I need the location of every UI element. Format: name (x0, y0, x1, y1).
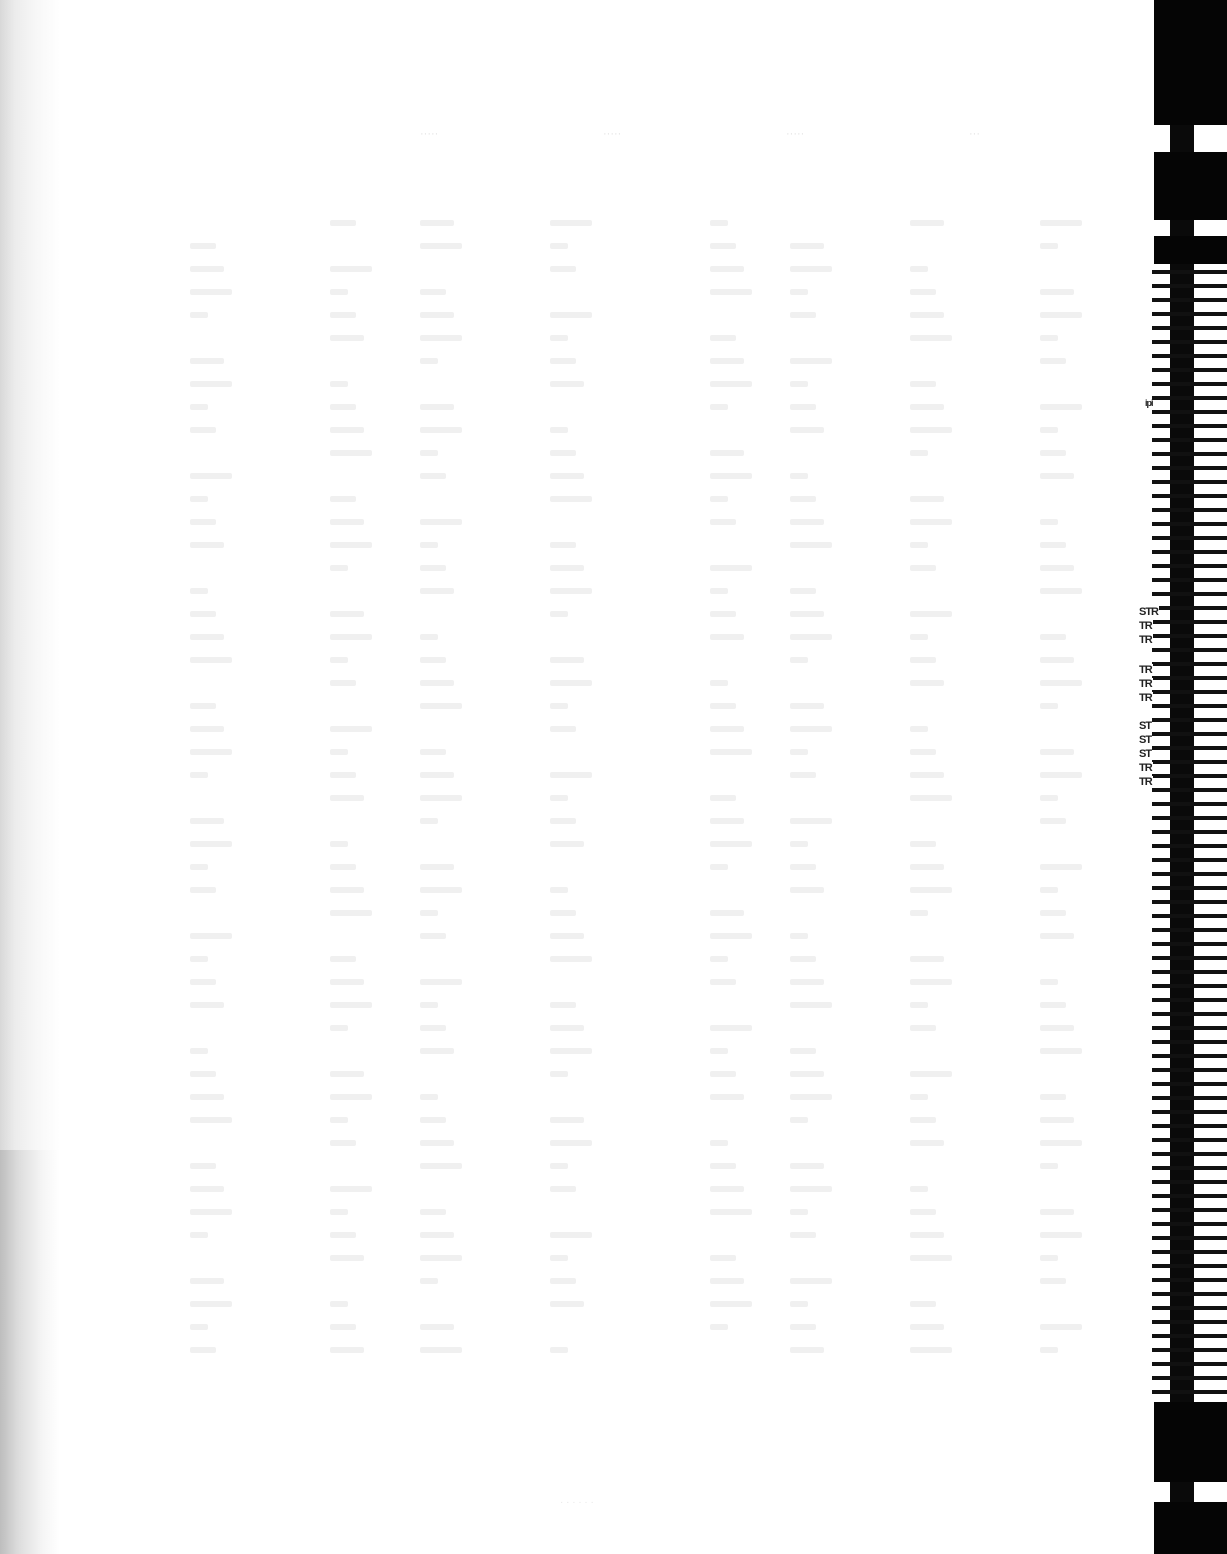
binding-tick (1152, 298, 1227, 302)
binding-tick (1152, 508, 1227, 512)
table-cell (190, 542, 224, 548)
table-cell (330, 220, 356, 226)
table-cell (790, 1278, 832, 1284)
table-cell (550, 726, 576, 732)
table-cell (1040, 795, 1058, 801)
table-cell (710, 243, 736, 249)
table-cell (1040, 772, 1082, 778)
binding-tick (1152, 592, 1227, 596)
binding-block (1154, 1502, 1227, 1554)
table-cell (910, 565, 936, 571)
table-cell (1040, 1025, 1074, 1031)
table-cell (1040, 933, 1074, 939)
table-cell (330, 1002, 372, 1008)
table-cell (790, 611, 824, 617)
tab-label: TR (1138, 762, 1153, 774)
table-cell (790, 1324, 816, 1330)
table-cell (420, 1002, 438, 1008)
binding-tick (1152, 1082, 1227, 1086)
binding-tick (1152, 424, 1227, 428)
table-cell (420, 818, 438, 824)
table-cell (1040, 1278, 1066, 1284)
table-cell (190, 1324, 208, 1330)
table-cell (710, 1255, 736, 1261)
table-cell (420, 1209, 446, 1215)
table-cell (420, 1140, 454, 1146)
table-cell (710, 1025, 752, 1031)
table-cell (790, 818, 832, 824)
table-cell (330, 1324, 356, 1330)
table-cell (190, 1117, 232, 1123)
table-cell (550, 1232, 592, 1238)
table-cell (330, 887, 364, 893)
table-cell (910, 1255, 952, 1261)
binding-tick (1152, 1222, 1227, 1226)
table-cell (190, 358, 224, 364)
table-cell (710, 1094, 744, 1100)
table-cell (1040, 358, 1066, 364)
binding-block (1154, 236, 1227, 264)
table-cell (1040, 1140, 1082, 1146)
table-cell (420, 1347, 462, 1353)
table-cell (710, 933, 752, 939)
table-cell (550, 358, 576, 364)
table-cell (550, 381, 584, 387)
binding-tick (1152, 970, 1227, 974)
table-cell (420, 1255, 462, 1261)
binding-tick (1152, 676, 1227, 680)
table-cell (420, 1048, 454, 1054)
table-cell (790, 1301, 808, 1307)
table-cell (790, 358, 832, 364)
table-cell (910, 1186, 928, 1192)
table-cell (910, 542, 928, 548)
table-cell (330, 1347, 364, 1353)
table-cell (550, 910, 576, 916)
table-cell (1040, 1255, 1058, 1261)
binding-tick (1152, 1362, 1227, 1366)
table-cell (330, 565, 348, 571)
table-cell (910, 427, 952, 433)
table-cell (910, 634, 928, 640)
table-cell (710, 588, 728, 594)
table-cell (1040, 335, 1058, 341)
table-cell (420, 680, 454, 686)
table-cell (330, 266, 372, 272)
table-cell (420, 1324, 454, 1330)
table-cell (190, 1163, 216, 1169)
table-cell (910, 220, 944, 226)
table-cell (790, 726, 832, 732)
table-cell (710, 703, 736, 709)
table-cell (190, 289, 232, 295)
table-cell (910, 795, 952, 801)
table-cell (420, 1163, 462, 1169)
table-cell (550, 427, 568, 433)
binding-tick (1152, 438, 1227, 442)
table-cell (1040, 910, 1066, 916)
binding-tick (1152, 844, 1227, 848)
table-cell (550, 1117, 584, 1123)
table-cell (420, 519, 462, 525)
table-cell (330, 335, 364, 341)
table-cell (910, 657, 936, 663)
table-cell (910, 611, 952, 617)
table-cell (330, 726, 372, 732)
table-cell (910, 1002, 928, 1008)
table-cell (1040, 243, 1058, 249)
table-cell (420, 749, 446, 755)
binding-strip: ipi STRTRTRTRTRTRSTSTSTTRTR (1152, 0, 1227, 1554)
table-cell (910, 289, 936, 295)
table-cell (190, 588, 208, 594)
binding-tick (1152, 1054, 1227, 1058)
table-cell (550, 956, 592, 962)
table-cell (420, 427, 462, 433)
table-cell (420, 703, 462, 709)
table-cell (190, 1232, 208, 1238)
table-cell (910, 266, 928, 272)
binding-tick (1152, 1096, 1227, 1100)
table-cell (1040, 749, 1074, 755)
table-cell (190, 473, 232, 479)
table-cell (910, 381, 936, 387)
table-cell (1040, 887, 1058, 893)
table-cell (710, 1301, 752, 1307)
tab-label: TR (1138, 634, 1153, 646)
table-cell (910, 1301, 936, 1307)
binding-tick (1152, 1152, 1227, 1156)
table-cell (550, 933, 584, 939)
table-cell (330, 381, 348, 387)
binding-tick (1152, 956, 1227, 960)
table-cell (910, 910, 928, 916)
table-cell (420, 243, 462, 249)
binding-tick (1152, 494, 1227, 498)
binding-tick (1152, 1040, 1227, 1044)
tab-label: TR (1138, 692, 1153, 704)
table-cell (420, 473, 446, 479)
binding-tick (1152, 620, 1227, 624)
table-cell (550, 1002, 576, 1008)
table-cell (550, 1048, 592, 1054)
binding-tick (1152, 466, 1227, 470)
table-cell (190, 266, 224, 272)
table-cell (790, 1163, 824, 1169)
table-cell (910, 1324, 944, 1330)
table-cell (190, 956, 208, 962)
table-cell (790, 979, 824, 985)
table-cell (330, 289, 348, 295)
table-cell (1040, 1094, 1066, 1100)
table-cell (190, 657, 232, 663)
binding-block (1154, 1402, 1227, 1482)
table-cell (420, 1094, 438, 1100)
binding-tick (1152, 900, 1227, 904)
table-cell (910, 887, 952, 893)
table-cell (190, 1002, 224, 1008)
table-cell (420, 450, 438, 456)
page-header-faint: ·················· (420, 128, 980, 140)
table-cell (190, 243, 216, 249)
binding-tick (1152, 536, 1227, 540)
binding-tick (1152, 984, 1227, 988)
table-cell (550, 565, 584, 571)
binding-tick (1152, 1124, 1227, 1128)
table-cell (550, 1025, 584, 1031)
binding-tick (1152, 452, 1227, 456)
table-cell (550, 220, 592, 226)
table-cell (420, 1278, 438, 1284)
table-cell (910, 1232, 944, 1238)
binding-tick (1152, 858, 1227, 862)
table-cell (330, 1071, 364, 1077)
table-cell (550, 703, 568, 709)
table-cell (190, 1094, 224, 1100)
table-cell (550, 1163, 568, 1169)
table-cell (1040, 634, 1066, 640)
binding-tick (1152, 746, 1227, 750)
binding-tick (1152, 690, 1227, 694)
table-cell (790, 749, 808, 755)
table-cell (1040, 404, 1082, 410)
binding-tick (1152, 1138, 1227, 1142)
table-cell (710, 1048, 728, 1054)
table-cell (1040, 542, 1066, 548)
table-cell (1040, 680, 1082, 686)
table-cell (190, 703, 216, 709)
table-cell (910, 680, 944, 686)
table-cell (420, 795, 462, 801)
table-cell (1040, 1002, 1066, 1008)
binding-tick (1152, 1320, 1227, 1324)
table-cell (1040, 1117, 1074, 1123)
table-cell (790, 1117, 808, 1123)
table-cell (1040, 588, 1082, 594)
table-cell (550, 611, 568, 617)
table-cell (550, 1301, 584, 1307)
table-cell (910, 1117, 936, 1123)
tab-label: TR (1138, 678, 1153, 690)
table-cell (550, 473, 584, 479)
table-cell (790, 1094, 832, 1100)
table-cell (420, 772, 454, 778)
binding-tick (1152, 368, 1227, 372)
table-cell (330, 1301, 348, 1307)
table-cell (710, 956, 728, 962)
table-cell (550, 818, 576, 824)
table-cell (550, 1255, 568, 1261)
binding-tick (1152, 480, 1227, 484)
table-cell (550, 772, 592, 778)
binding-tick (1152, 732, 1227, 736)
table-cell (710, 220, 728, 226)
binding-tick (1152, 788, 1227, 792)
binding-tick (1152, 1292, 1227, 1296)
table-cell (190, 519, 216, 525)
table-cell (330, 749, 348, 755)
table-cell (550, 680, 592, 686)
binding-block (1154, 152, 1227, 220)
table-cell (550, 243, 568, 249)
table-cell (190, 634, 224, 640)
binding-tick (1152, 914, 1227, 918)
table-cell (1040, 1232, 1082, 1238)
table-cell (330, 1025, 348, 1031)
table-cell (910, 1209, 936, 1215)
table-cell (190, 1347, 216, 1353)
table-cell (710, 795, 736, 801)
table-cell (1040, 657, 1074, 663)
table-cell (790, 1209, 808, 1215)
binding-tick (1152, 326, 1227, 330)
binding-tick (1152, 522, 1227, 526)
table-cell (550, 588, 592, 594)
table-cell (790, 1347, 824, 1353)
table-cell (550, 542, 576, 548)
table-cell (420, 358, 438, 364)
table-cell (190, 1071, 216, 1077)
table-cell (420, 1025, 446, 1031)
table-cell (420, 657, 446, 663)
binding-tick (1152, 718, 1227, 722)
binding-tick (1152, 816, 1227, 820)
table-cell (420, 220, 454, 226)
table-cell (420, 404, 454, 410)
table-cell (190, 1278, 224, 1284)
table-cell (910, 312, 944, 318)
table-cell (790, 266, 832, 272)
binding-tick (1152, 830, 1227, 834)
table-cell (710, 864, 728, 870)
binding-tick (1152, 550, 1227, 554)
binding-tick (1152, 1390, 1227, 1394)
table-cell (550, 450, 576, 456)
table-cell (420, 588, 454, 594)
scan-edge-left-shadow (0, 1150, 60, 1554)
table-cell (910, 450, 928, 456)
table-cell (550, 1071, 568, 1077)
table-cell (910, 864, 944, 870)
table-cell (710, 1278, 744, 1284)
table-cell (790, 634, 832, 640)
table-cell (190, 427, 216, 433)
table-cell (330, 910, 372, 916)
table-cell (190, 749, 232, 755)
table-cell (910, 841, 936, 847)
tab-label: TR (1138, 664, 1153, 676)
table-cell (910, 1071, 952, 1077)
table-cell (710, 1186, 744, 1192)
table-cell (330, 1255, 364, 1261)
table-cell (710, 841, 752, 847)
table-cell (790, 887, 824, 893)
binding-tick (1152, 578, 1227, 582)
binding-tick (1152, 606, 1227, 610)
table-cell (190, 979, 216, 985)
binding-tick (1152, 886, 1227, 890)
table-cell (1040, 864, 1082, 870)
binding-tick (1152, 1250, 1227, 1254)
table-cell (330, 841, 348, 847)
table-cell (790, 1002, 832, 1008)
table-cell (790, 1186, 832, 1192)
table-cell (790, 542, 832, 548)
table-cell (710, 1324, 728, 1330)
binding-tick (1152, 382, 1227, 386)
table-cell (420, 1232, 454, 1238)
table-cell (1040, 565, 1074, 571)
table-cell (550, 496, 592, 502)
table-cell (330, 956, 356, 962)
binding-tick (1152, 1306, 1227, 1310)
table-cell (910, 979, 952, 985)
table-cell (710, 611, 736, 617)
table-cell (420, 542, 438, 548)
table-cell (330, 519, 364, 525)
table-cell (710, 335, 736, 341)
binding-tick (1152, 1278, 1227, 1282)
table-cell (420, 634, 438, 640)
table-cell (550, 312, 592, 318)
table-cell (910, 1025, 936, 1031)
table-cell (190, 312, 208, 318)
table-cell (190, 933, 232, 939)
table-cell (330, 1186, 372, 1192)
table-cell (330, 634, 372, 640)
binding-tick (1152, 1068, 1227, 1072)
table-cell (790, 703, 824, 709)
table-cell (910, 1140, 944, 1146)
table-cell (1040, 427, 1058, 433)
table-cell (190, 1301, 232, 1307)
table-cell (710, 358, 744, 364)
table-cell (190, 496, 208, 502)
binding-tick (1152, 1376, 1227, 1380)
table-cell (710, 749, 752, 755)
table-cell (710, 634, 744, 640)
table-cell (330, 496, 356, 502)
table-cell (790, 588, 816, 594)
table-cell (790, 473, 808, 479)
table-cell (330, 1094, 372, 1100)
binding-tick (1152, 284, 1227, 288)
table-cell (910, 749, 936, 755)
binding-tick (1152, 410, 1227, 414)
table-cell (710, 289, 752, 295)
table-cell (710, 381, 752, 387)
table-cell (1040, 312, 1082, 318)
table-cell (190, 1048, 208, 1054)
table-cell (420, 289, 446, 295)
table-cell (550, 657, 584, 663)
binding-tick (1152, 802, 1227, 806)
tab-label: TR (1138, 776, 1153, 788)
table-cell (330, 611, 364, 617)
table-cell (330, 864, 356, 870)
binding-tick (1152, 396, 1227, 400)
table-cell (550, 335, 568, 341)
table-cell (710, 1209, 752, 1215)
table-cell (190, 1209, 232, 1215)
table-cell (1040, 519, 1058, 525)
table-cell (190, 404, 208, 410)
table-cell (910, 335, 952, 341)
table-cell (1040, 450, 1066, 456)
table-cell (550, 1278, 576, 1284)
table-cell (550, 1140, 592, 1146)
binding-tick (1152, 928, 1227, 932)
